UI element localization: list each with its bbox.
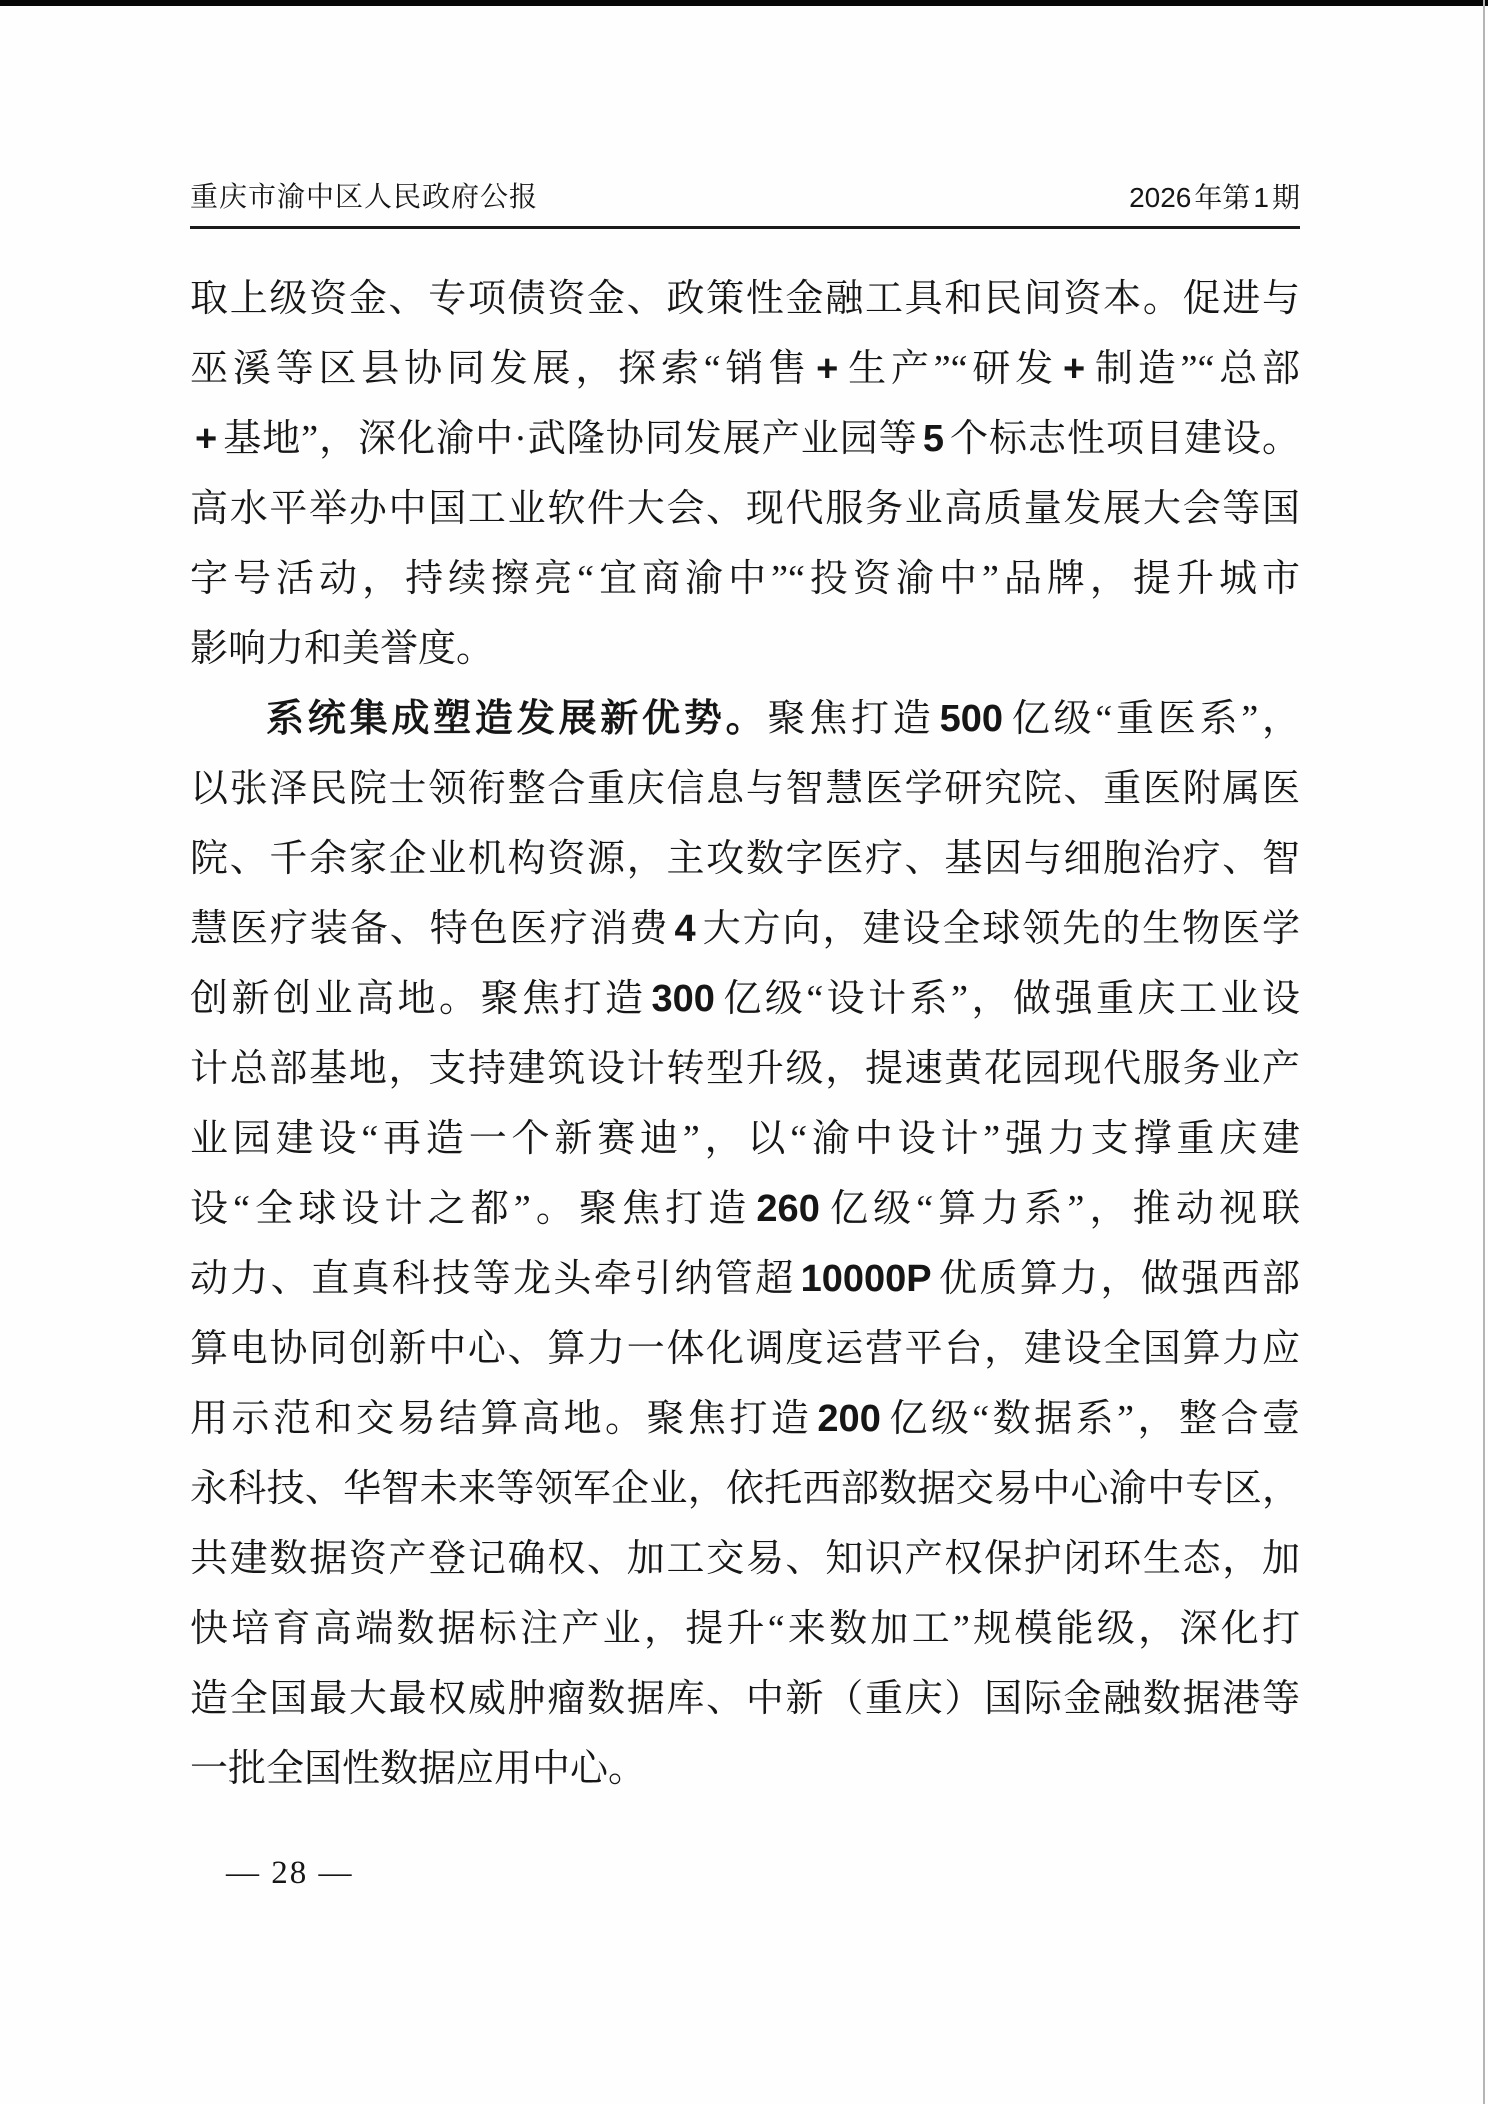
text-run: 创新创业高地。聚焦打造 xyxy=(190,978,646,1020)
text-run: 一批全国性数据应用中心。 xyxy=(190,1748,646,1790)
scan-right-edge xyxy=(1483,0,1485,2104)
body-line: 高水平举办中国工业软件大会、现代服务业高质量发展大会等国 xyxy=(190,474,1300,544)
text-run: + xyxy=(195,418,217,460)
header-journal-title: 重庆市渝中区人民政府公报 xyxy=(190,180,538,216)
text-run: 共建数据资产登记确权、加工交易、知识产权保护闭环生态，加 xyxy=(190,1538,1300,1580)
text-run: 系统集成塑造发展新优势。 xyxy=(266,698,767,740)
body-line: 计总部基地，支持建筑设计转型升级，提速黄花园现代服务业产 xyxy=(190,1034,1300,1104)
text-run: 计总部基地，支持建筑设计转型升级，提速黄花园现代服务业产 xyxy=(190,1048,1300,1090)
body-line: 动力、直真科技等龙头牵引纳管超10000P优质算力，做强西部 xyxy=(190,1244,1300,1314)
text-run: 优质算力，做强西部 xyxy=(937,1258,1300,1300)
body-line: 取上级资金、专项债资金、政策性金融工具和民间资本。促进与 xyxy=(190,264,1300,334)
issue-number: 1 xyxy=(1253,182,1269,213)
text-run: 用示范和交易结算高地。聚焦打造 xyxy=(190,1398,812,1440)
text-run: 动力、直真科技等龙头牵引纳管超 xyxy=(190,1258,796,1300)
text-run: 慧医疗装备、特色医疗消费 xyxy=(190,908,669,950)
body-line: 一批全国性数据应用中心。 xyxy=(190,1734,1300,1804)
text-run: 快培育高端数据标注产业，提升“来数加工”规模能级，深化打 xyxy=(190,1608,1300,1650)
body-line: 用示范和交易结算高地。聚焦打造200亿级“数据系”，整合壹 xyxy=(190,1384,1300,1454)
text-run: 字号活动，持续擦亮“宜商渝中”“投资渝中”品牌，提升城市 xyxy=(190,558,1300,600)
text-run: 巫溪等区县协同发展，探索“销售 xyxy=(190,348,811,390)
text-run: 永科技、华智未来等领军企业，依托西部数据交易中心渝中专区， xyxy=(190,1468,1300,1510)
scan-top-edge xyxy=(0,0,1488,6)
text-run: 设“全球设计之都”。聚焦打造 xyxy=(190,1188,751,1230)
text-run: 院、千余家企业机构资源，主攻数字医疗、基因与细胞治疗、智 xyxy=(190,838,1300,880)
text-run: 高水平举办中国工业软件大会、现代服务业高质量发展大会等国 xyxy=(190,488,1300,530)
text-run: + xyxy=(1063,348,1085,390)
body-line: 影响力和美誉度。 xyxy=(190,614,1300,684)
body-line: 设“全球设计之都”。聚焦打造260亿级“算力系”，推动视联 xyxy=(190,1174,1300,1244)
text-run: 个标志性项目建设。 xyxy=(949,418,1300,460)
body-line: 永科技、华智未来等领军企业，依托西部数据交易中心渝中专区， xyxy=(190,1454,1300,1524)
text-run: 生产”“研发 xyxy=(843,348,1058,390)
body-line: 创新创业高地。聚焦打造300亿级“设计系”，做强重庆工业设 xyxy=(190,964,1300,1034)
header-issue-number: 2026年第1期 xyxy=(1126,180,1300,217)
header-rule xyxy=(190,226,1300,229)
text-run: 大方向，建设全球领先的生物医学 xyxy=(701,908,1300,950)
text-run: 业园建设“再造一个新赛迪”，以“渝中设计”强力支撑重庆建 xyxy=(190,1118,1300,1160)
body-line: 算电协同创新中心、算力一体化调度运营平台，建设全国算力应 xyxy=(190,1314,1300,1384)
text-run: 取上级资金、专项债资金、政策性金融工具和民间资本。促进与 xyxy=(190,278,1300,320)
text-run: 5 xyxy=(923,418,944,460)
body-line: +基地”，深化渝中·武隆协同发展产业园等5个标志性项目建设。 xyxy=(190,404,1300,474)
text-run: 260 xyxy=(756,1188,819,1230)
text-run: 亿级“数据系”，整合壹 xyxy=(886,1398,1300,1440)
text-run: 基地”，深化渝中·武隆协同发展产业园等 xyxy=(222,418,918,460)
text-run: 500 xyxy=(940,698,1003,740)
body-line: 快培育高端数据标注产业，提升“来数加工”规模能级，深化打 xyxy=(190,1594,1300,1664)
body-text: 取上级资金、专项债资金、政策性金融工具和民间资本。促进与巫溪等区县协同发展，探索… xyxy=(190,264,1300,1804)
issue-label-mid: 年第 xyxy=(1194,183,1250,214)
text-run: 亿级“算力系”，推动视联 xyxy=(825,1188,1300,1230)
text-run: 影响力和美誉度。 xyxy=(190,628,494,670)
text-run: + xyxy=(816,348,838,390)
text-run: 聚焦打造 xyxy=(767,698,934,740)
body-line: 系统集成塑造发展新优势。聚焦打造500亿级“重医系”， xyxy=(190,684,1300,754)
text-run: 亿级“重医系”， xyxy=(1008,698,1300,740)
text-run: 300 xyxy=(651,978,714,1020)
text-run: 以张泽民院士领衔整合重庆信息与智慧医学研究院、重医附属医 xyxy=(190,768,1300,810)
body-line: 慧医疗装备、特色医疗消费4大方向，建设全球领先的生物医学 xyxy=(190,894,1300,964)
body-line: 以张泽民院士领衔整合重庆信息与智慧医学研究院、重医附属医 xyxy=(190,754,1300,824)
text-run: 造全国最大最权威肿瘤数据库、中新（重庆）国际金融数据港等 xyxy=(190,1678,1300,1720)
page-number: — 28 — xyxy=(226,1852,354,1894)
body-line: 院、千余家企业机构资源，主攻数字医疗、基因与细胞治疗、智 xyxy=(190,824,1300,894)
text-run: 制造”“总部 xyxy=(1090,348,1300,390)
issue-label-end: 期 xyxy=(1272,183,1300,214)
text-run: 算电协同创新中心、算力一体化调度运营平台，建设全国算力应 xyxy=(190,1328,1300,1370)
body-line: 业园建设“再造一个新赛迪”，以“渝中设计”强力支撑重庆建 xyxy=(190,1104,1300,1174)
body-line: 巫溪等区县协同发展，探索“销售+生产”“研发+制造”“总部 xyxy=(190,334,1300,404)
body-line: 字号活动，持续擦亮“宜商渝中”“投资渝中”品牌，提升城市 xyxy=(190,544,1300,614)
document-page: 重庆市渝中区人民政府公报 2026年第1期 取上级资金、专项债资金、政策性金融工… xyxy=(0,0,1488,2104)
text-run: 4 xyxy=(674,908,695,950)
issue-year: 2026 xyxy=(1129,182,1191,213)
text-run: 10000P xyxy=(801,1258,932,1300)
body-line: 造全国最大最权威肿瘤数据库、中新（重庆）国际金融数据港等 xyxy=(190,1664,1300,1734)
text-run: 亿级“设计系”，做强重庆工业设 xyxy=(720,978,1300,1020)
body-line: 共建数据资产登记确权、加工交易、知识产权保护闭环生态，加 xyxy=(190,1524,1300,1594)
text-run: 200 xyxy=(817,1398,880,1440)
